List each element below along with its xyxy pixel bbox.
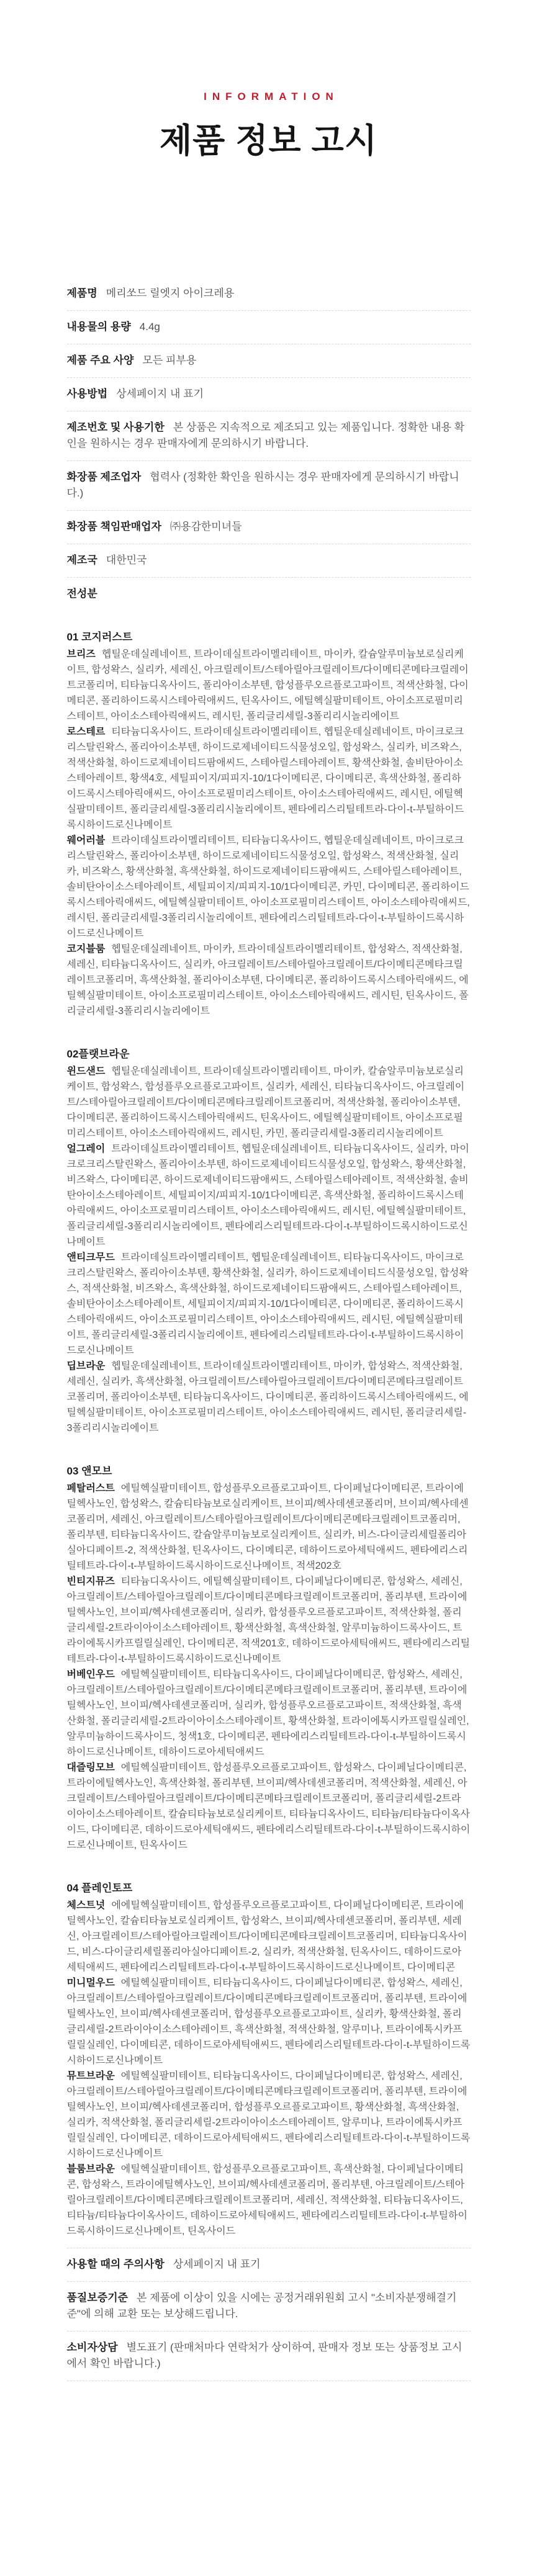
- info-row-contents-volume: 내용물의 용량4.4g: [67, 311, 471, 344]
- info-row-product-spec: 제품 주요 사양모든 피부용: [67, 344, 471, 378]
- row-label: 제품 주요 사양: [67, 354, 134, 366]
- row-label: 제조국: [67, 554, 97, 566]
- shade-name: 코지블룸: [67, 944, 106, 954]
- row-value: 4.4g: [140, 321, 160, 333]
- shade-name: 얼그레이: [67, 1144, 106, 1154]
- page-title: 제품 정보 고시: [0, 114, 537, 162]
- shade-name: 빈티지뮤즈: [67, 1576, 115, 1587]
- shade-ingredients: 트라이데실트라이멜리테이트, 헵틸운데실레네이트, 티타늄디옥사이드, 실리카,…: [67, 1144, 469, 1247]
- row-label: 사용방법: [67, 388, 108, 400]
- shade-ingredients: 트라이데실트라이멜리테이트, 티타늄디옥사이드, 헵틸운데실레네이트, 마이크로…: [67, 835, 470, 939]
- shade-name: 페탈러스트: [67, 1483, 115, 1494]
- shade-entry: 미니멀우드에틸헥실팔미테이트, 티타늄디옥사이드, 다이페닐다이메티콘, 합성왁…: [67, 1975, 471, 2068]
- shade-ingredients: 에틸헥실팔미테이트, 합성플루오르플로고파이트, 흑색산화철, 다이페닐다이메티…: [67, 2164, 467, 2237]
- ingredient-group-01: 01 코지러스트 브리즈헵틸운데실레네이트, 트라이데실트라이멜리테이트, 마이…: [67, 629, 471, 1019]
- shade-name: 웨어러블: [67, 835, 106, 846]
- shade-ingredients: 헵틸운데실레네이트, 마이카, 트라이데실트라이멜리테이트, 합성왁스, 적색산…: [67, 944, 469, 1016]
- shade-name: 윈드샌드: [67, 1066, 106, 1077]
- shade-entry: 윈드샌드헵틸운데실레네이트, 트라이데실트라이멜리테이트, 마이카, 칼슘알루미…: [67, 1064, 471, 1141]
- info-row-mfg-number-expiry: 제조번호 및 사용기한본 상품은 지속적으로 제조되고 있는 제품입니다. 정확…: [67, 411, 471, 461]
- row-label: 소비자상담: [67, 2341, 118, 2353]
- shade-ingredients: 에틸헥실팔미테이트, 합성플루오르플로고파이트, 다이페닐다이메티콘, 트라이에…: [67, 1483, 469, 1571]
- row-value: 상세페이지 내 표기: [116, 388, 204, 400]
- row-label: 화장품 제조업자: [67, 471, 142, 483]
- ingredient-group-heading: 03 앤모브: [67, 1463, 471, 1479]
- shade-ingredients: 에틸헥실팔미테이트, 티타늄디옥사이드, 다이페닐다이메티콘, 합성왁스, 세레…: [67, 1978, 471, 2066]
- section-eyebrow: INFORMATION: [0, 91, 537, 103]
- ingredient-group-heading: 04 플레인토프: [67, 1880, 471, 1896]
- shade-name: 체스트넛: [67, 1900, 106, 1911]
- shade-name: 딥브라운: [67, 1361, 106, 1371]
- shade-entry: 뮤트브라운에틸헥실팔미테이트, 티타늄디옥사이드, 다이페닐다이메티콘, 합성왁…: [67, 2068, 471, 2161]
- shade-ingredients: 티타늄디옥사이드, 트라이데실트라이멜리테이트, 헵틸운데실레네이트, 마이크로…: [67, 727, 464, 830]
- row-value: 메리쏘드 릴엣지 아이크레용: [106, 287, 235, 299]
- shade-entry: 대즐링모브에틸헥실팔미테이트, 합성플루오르플로고파이트, 합성왁스, 다이페닐…: [67, 1760, 471, 1853]
- shade-ingredients: 에에틸헥실팔미테이트, 합성플루오르플로고파이트, 다이페닐다이메티콘, 트라이…: [67, 1900, 467, 1973]
- shade-entry: 블룸브라운에틸헥실팔미테이트, 합성플루오르플로고파이트, 흑색산화철, 다이페…: [67, 2161, 471, 2239]
- shade-ingredients: 에틸헥실팔미테이트, 티타늄디옥사이드, 다이페닐다이메티콘, 합성왁스, 세레…: [67, 2071, 471, 2159]
- ingredient-group-heading: 01 코지러스트: [67, 629, 471, 645]
- shade-entry: 얼그레이트라이데실트라이멜리테이트, 헵틸운데실레네이트, 티타늄디옥사이드, …: [67, 1141, 471, 1250]
- shade-ingredients: 트라이데실트라이멜리테이트, 헵틸운데실레네이트, 티타늄디옥사이드, 마이크로…: [67, 1252, 469, 1356]
- ingredient-group-03: 03 앤모브 페탈러스트에틸헥실팔미테이트, 합성플루오르플로고파이트, 다이페…: [67, 1463, 471, 1853]
- row-value: 대한민국: [106, 554, 147, 566]
- product-info-page: INFORMATION 제품 정보 고시 제품명메리쏘드 릴엣지 아이크레용 내…: [0, 0, 537, 2576]
- row-label: 화장품 책임판매업자: [67, 521, 162, 532]
- info-row-responsible-seller: 화장품 책임판매업자㈜용감한미녀들: [67, 511, 471, 544]
- row-label: 내용물의 용량: [67, 321, 131, 333]
- row-label: 품질보증기준: [67, 2292, 129, 2304]
- shade-name: 블룸브라운: [67, 2164, 115, 2174]
- shade-entry: 웨어러블트라이데실트라이멜리테이트, 티타늄디옥사이드, 헵틸운데실레네이트, …: [67, 833, 471, 941]
- row-value: 상세페이지 내 표기: [173, 2258, 261, 2270]
- row-value: 모든 피부용: [142, 354, 196, 366]
- ingredient-group-02: 02플랫브라운 윈드샌드헵틸운데실레네이트, 트라이데실트라이멜리테이트, 마이…: [67, 1046, 471, 1436]
- shade-name: 앤티크무드: [67, 1252, 115, 1263]
- shade-name: 브리즈: [67, 649, 96, 660]
- row-label: 제조번호 및 사용기한: [67, 421, 165, 433]
- shade-entry: 버베인우드에틸헥실팔미테이트, 티타늄디옥사이드, 다이페닐다이메티콘, 합성왁…: [67, 1667, 471, 1760]
- info-row-country-of-origin: 제조국대한민국: [67, 544, 471, 578]
- shade-entry: 로스테르티타늄디옥사이드, 트라이데실트라이멜리테이트, 헵틸운데실레네이트, …: [67, 724, 471, 833]
- ingredients-label: 전성분: [67, 586, 471, 602]
- info-table: 제품명메리쏘드 릴엣지 아이크레용 내용물의 용량4.4g 제품 주요 사양모든…: [67, 277, 471, 2474]
- shade-entry: 코지블룸헵틸운데실레네이트, 마이카, 트라이데실트라이멜리테이트, 합성왁스,…: [67, 941, 471, 1019]
- shade-entry: 앤티크무드트라이데실트라이멜리테이트, 헵틸운데실레네이트, 티타늄디옥사이드,…: [67, 1250, 471, 1358]
- shade-name: 뮤트브라운: [67, 2071, 115, 2081]
- row-label: 사용할 때의 주의사항: [67, 2258, 165, 2270]
- shade-name: 로스테르: [67, 727, 106, 737]
- ingredient-group-04: 04 플레인토프 체스트넛에에틸헥실팔미테이트, 합성플루오르플로고파이트, 다…: [67, 1880, 471, 2239]
- shade-entry: 딥브라운헵틸운데실레네이트, 트라이데실트라이멜리테이트, 마이카, 합성왁스,…: [67, 1358, 471, 1436]
- shade-entry: 빈티지뮤즈티타늄디옥사이드, 에틸헥실팔미테이트, 다이페닐다이메티콘, 합성왁…: [67, 1574, 471, 1667]
- shade-ingredients: 헵틸운데실레네이트, 트라이데실트라이멜리테이트, 마이카, 합성왁스, 적색산…: [67, 1361, 469, 1434]
- shade-name: 대즐링모브: [67, 1762, 115, 1773]
- shade-entry: 페탈러스트에틸헥실팔미테이트, 합성플루오르플로고파이트, 다이페닐다이메티콘,…: [67, 1481, 471, 1574]
- info-row-usage: 사용방법상세페이지 내 표기: [67, 378, 471, 411]
- info-row-consumer-counsel: 소비자상담별도표기 (판매처마다 연락처가 상이하여, 판매자 정보 또는 상품…: [67, 2331, 471, 2381]
- shade-ingredients: 에틸헥실팔미테이트, 티타늄디옥사이드, 다이페닐다이메티콘, 합성왁스, 세레…: [67, 1669, 469, 1757]
- info-row-precautions: 사용할 때의 주의사항상세페이지 내 표기: [67, 2248, 471, 2282]
- info-row-quality-assurance: 품질보증기준본 제품에 이상이 있을 시에는 공정거래위원회 고시 "소비자분쟁…: [67, 2282, 471, 2331]
- bottom-whitespace: [67, 2381, 471, 2474]
- shade-name: 버베인우드: [67, 1669, 115, 1680]
- info-row-ingredients: 전성분 01 코지러스트 브리즈헵틸운데실레네이트, 트라이데실트라이멜리테이트…: [67, 578, 471, 2248]
- info-row-product-name: 제품명메리쏘드 릴엣지 아이크레용: [67, 277, 471, 311]
- shade-ingredients: 티타늄디옥사이드, 에틸헥실팔미테이트, 다이페닐다이메티콘, 합성왁스, 세레…: [67, 1576, 471, 1664]
- row-value: ㈜용감한미녀들: [170, 521, 242, 532]
- ingredient-group-heading: 02플랫브라운: [67, 1046, 471, 1062]
- shade-ingredients: 에틸헥실팔미테이트, 합성플루오르플로고파이트, 합성왁스, 다이페닐다이메티콘…: [67, 1762, 471, 1851]
- shade-entry: 브리즈헵틸운데실레네이트, 트라이데실트라이멜리테이트, 마이카, 칼슘알루미늄…: [67, 647, 471, 724]
- shade-entry: 체스트넛에에틸헥실팔미테이트, 합성플루오르플로고파이트, 다이페닐다이메티콘,…: [67, 1898, 471, 1975]
- shade-ingredients: 헵틸운데실레네이트, 트라이데실트라이멜리테이트, 마이카, 칼슘알루미늄보로실…: [67, 1066, 465, 1139]
- row-label: 제품명: [67, 287, 97, 299]
- row-value: 별도표기 (판매처마다 연락처가 상이하여, 판매자 정보 또는 상품정보 고시…: [67, 2341, 463, 2369]
- shade-name: 미니멀우드: [67, 1978, 115, 1988]
- shade-ingredients: 헵틸운데실레네이트, 트라이데실트라이멜리테이트, 마이카, 칼슘알루미늄보로실…: [67, 649, 469, 722]
- info-row-manufacturer: 화장품 제조업자협력사 (정확한 확인을 원하시는 경우 판매자에게 문의하시기…: [67, 461, 471, 511]
